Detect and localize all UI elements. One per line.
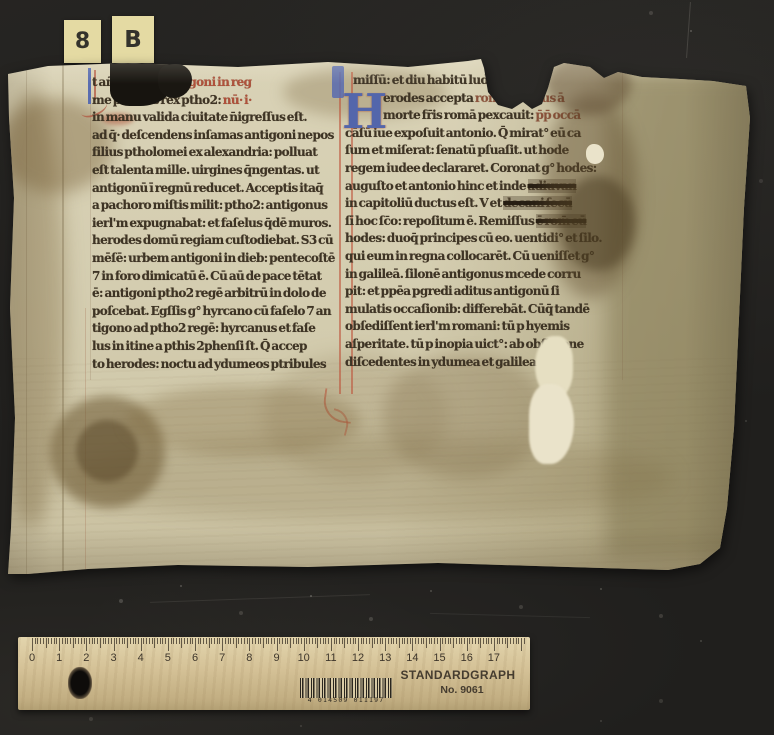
ruler-tick xyxy=(73,638,74,648)
ruler-number: 2 xyxy=(83,652,89,664)
ruler-tick xyxy=(135,638,136,644)
manuscript-text-segment: lus in itine a pthis 2phenſi ſt. Q̄ acce… xyxy=(92,339,307,353)
manuscript-text-segment: 7 in foro dimicatū ē. Cū aū de pace tēta… xyxy=(92,269,321,283)
manuscript-text-segment: morte fr̄is romā pexcauit: xyxy=(383,108,535,122)
ruler-tick xyxy=(271,638,272,644)
ruler-tick xyxy=(309,638,310,644)
ruler-tick xyxy=(418,638,419,644)
ruler-tick xyxy=(266,638,267,644)
manuscript-line: tigono ad ptho2 regē: hyrcanus et faſe xyxy=(92,320,338,338)
ruler-tick xyxy=(130,638,131,644)
ruler-tick xyxy=(100,638,101,648)
ruler-tick xyxy=(146,638,147,644)
manuscript-line: a pachoro miſtis milit: ptho2: antigonus xyxy=(92,197,338,215)
manuscript-text-segment: obſediſſent ierl'm romani: tū p hyemis xyxy=(345,319,569,333)
ruler-number: 4 xyxy=(138,652,144,664)
ruler-tick xyxy=(391,638,392,644)
ruler-tick xyxy=(361,638,362,644)
text-column-left: t añ antonio antigoni in regme ptho2is r… xyxy=(92,74,338,373)
manuscript-line: poſcebat. Egſſis g° hyrcano cū faſelo 7 … xyxy=(92,303,338,321)
ruler-tick xyxy=(475,638,476,644)
crease-line xyxy=(85,308,86,574)
ruler-tick xyxy=(124,638,125,644)
ruler-number: 13 xyxy=(379,652,391,664)
ruler-tick xyxy=(244,638,245,644)
manuscript-text-segment: antigonū ī regnū reducet. Acceptis itaq̄ xyxy=(92,181,323,195)
ruler-tick xyxy=(445,638,446,644)
ruler-tick xyxy=(369,638,370,644)
ruler-tick xyxy=(62,638,63,644)
ruler-tick xyxy=(483,638,484,644)
ruler-tick xyxy=(431,638,432,644)
manuscript-line: ad q̄· deſcendens inſamas antigoni nepos xyxy=(92,127,338,145)
ruler-tick xyxy=(65,638,66,644)
ruler-tick xyxy=(190,638,191,644)
manuscript-text-segment: mulatis occaſionib: differebāt. Cūq̄ tan… xyxy=(345,302,589,316)
ruler-tick xyxy=(494,638,495,651)
manuscript-text-segment: nū· i· xyxy=(223,93,252,107)
manuscript-text-segment: hodes: duoq̄ principes cū eo. uentidi° e… xyxy=(345,231,602,245)
ruler-number: 0 xyxy=(29,652,35,664)
manuscript-line: mulatis occaſionib: differebāt. Cūq̄ tan… xyxy=(345,301,629,319)
manuscript-text-segment: ē: antigoni ptho2 regē arbitrū in dolo d… xyxy=(92,286,326,300)
ruler-tick xyxy=(407,638,408,644)
ruler-tick xyxy=(518,638,519,644)
ruler-tick xyxy=(247,638,248,644)
repair-patch xyxy=(586,144,604,164)
ruler-number: 8 xyxy=(246,652,252,664)
ruler-tick xyxy=(111,638,112,644)
manuscript-text-segment: ſum et miſerat: ſenatū pſuaſit. ut hode xyxy=(345,143,569,157)
ruler-tick xyxy=(317,638,318,648)
ruler-tick xyxy=(296,638,297,644)
manuscript-line: to herodes: noctu ad ydumeos ptribules xyxy=(92,356,338,374)
ruler-tick xyxy=(157,638,158,644)
ruler-tick xyxy=(168,638,169,651)
manuscript-line: aſperitate. tū p inopia uict°: ab obſidi… xyxy=(345,336,629,354)
ruler-model: No. 9061 xyxy=(414,684,510,696)
ruler-tick xyxy=(103,638,104,644)
manuscript-text-segment: ē rom̄ eū xyxy=(536,214,587,228)
manuscript-line: eſt talenta mille. uirgines q̄ngentas. u… xyxy=(92,162,338,180)
ruler-tick xyxy=(410,638,411,644)
ruler-tick xyxy=(440,638,441,651)
manuscript-text-segment: tigono ad ptho2 regē: hyrcanus et faſe xyxy=(92,321,315,335)
ruler-tick xyxy=(192,638,193,644)
ruler-tick xyxy=(469,638,470,644)
manuscript-text-segment: adiuvan xyxy=(528,179,577,193)
scratch-mark xyxy=(150,594,370,603)
ruler-tick xyxy=(54,638,55,644)
shelfmark-label-8-text: 8 xyxy=(75,29,90,54)
manuscript-text-segment: p̄p̄ occā xyxy=(535,108,580,122)
ruler-tick xyxy=(423,638,424,644)
ruler-number: 10 xyxy=(298,652,310,664)
ruler-tick xyxy=(225,638,226,644)
ruler-tick xyxy=(334,638,335,644)
ruler-tick xyxy=(402,638,403,644)
ruler-tick xyxy=(282,638,283,644)
ruler-tick xyxy=(328,638,329,644)
ruler-tick xyxy=(217,638,218,644)
parchment-wrinkles xyxy=(8,358,752,574)
decorated-initial: H xyxy=(342,86,387,138)
ruler-tick xyxy=(464,638,465,644)
manuscript-line: filius ptholomei ex alexandria: polluat xyxy=(92,144,338,162)
manuscript-line: mēſē: urbem antigoni in dieb: pentecoſtē xyxy=(92,250,338,268)
text-column-right: miſſū: et diu habitū ludibrio. q̄ḡerodes… xyxy=(345,72,629,371)
manuscript-line: antigonū ī regnū reducet. Acceptis itaq̄ xyxy=(92,180,338,198)
ruler-tick xyxy=(442,638,443,644)
ruler-tick xyxy=(203,638,204,644)
ruler-tick xyxy=(114,638,115,651)
ruler-tick xyxy=(298,638,299,644)
ruler-tick xyxy=(75,638,76,644)
ruler-hole xyxy=(68,667,92,699)
manuscript-text-segment: eſt talenta mille. uirgines q̄ngentas. u… xyxy=(92,163,319,177)
ruler-tick xyxy=(429,638,430,644)
ruler-tick xyxy=(211,638,212,644)
manuscript-line: pit: et ppēa pgredi aditus antigonū ſi xyxy=(345,283,629,301)
ruler-tick xyxy=(181,638,182,648)
ruler-tick xyxy=(339,638,340,644)
ruler-tick xyxy=(209,638,210,648)
manuscript-line: 7 in foro dimicatū ē. Cū aū de pace tēta… xyxy=(92,268,338,286)
ruler-number: 14 xyxy=(406,652,418,664)
ruler-tick xyxy=(152,638,153,644)
ruler-number: 16 xyxy=(461,652,473,664)
ruler-tick xyxy=(89,638,90,644)
ruler-tick xyxy=(412,638,413,651)
ruler-tick xyxy=(274,638,275,644)
ruler-number: 9 xyxy=(273,652,279,664)
ruler-tick xyxy=(236,638,237,648)
ruler-tick xyxy=(238,638,239,644)
ruler-tick xyxy=(380,638,381,644)
ruler-tick xyxy=(233,638,234,644)
ruler-tick xyxy=(467,638,468,651)
ruler-tick xyxy=(320,638,321,644)
ruler-tick xyxy=(32,638,33,651)
ruler-tick xyxy=(260,638,261,644)
ruler-tick xyxy=(138,638,139,644)
ruler-tick xyxy=(488,638,489,644)
manuscript-text-segment: romā occaſus ā xyxy=(475,91,565,105)
ruler-tick xyxy=(437,638,438,644)
ruler-tick xyxy=(486,638,487,644)
manuscript-line: lus in itine a pthis 2phenſi ſt. Q̄ acce… xyxy=(92,338,338,356)
ruler-tick xyxy=(162,638,163,644)
ruler-tick xyxy=(374,638,375,644)
shelfmark-label-b-text: B xyxy=(124,27,142,53)
ruler-tick xyxy=(84,638,85,644)
manuscript-text-segment: ad q̄· deſcendens inſamas antigoni nepos xyxy=(92,128,334,142)
ruler-tick xyxy=(108,638,109,644)
ruler-tick xyxy=(421,638,422,644)
ruler-tick xyxy=(388,638,389,644)
ruler-tick xyxy=(285,638,286,644)
ruler-tick xyxy=(448,638,449,644)
scratch-mark xyxy=(686,2,691,58)
ruler-tick xyxy=(453,638,454,648)
ruler-tick xyxy=(344,638,345,648)
ruler-tick xyxy=(461,638,462,644)
ruler-tick xyxy=(154,638,155,648)
ruler-number: 6 xyxy=(192,652,198,664)
ruler-tick xyxy=(516,638,517,644)
ruler-tick xyxy=(35,638,36,644)
manuscript-fragment: t añ antonio antigoni in regme ptho2is r… xyxy=(8,58,752,574)
manuscript-line: in manu valida ciuitate n̄igreſſus eſt. xyxy=(92,109,338,127)
ruler-tick xyxy=(198,638,199,644)
manuscript-text-segment: erodes accepta xyxy=(383,91,475,105)
crease-line xyxy=(62,58,64,574)
ruler-tick xyxy=(505,638,506,644)
manuscript-text-segment: a pachoro miſtis milit: ptho2: antigonus xyxy=(92,198,327,212)
ruler-tick xyxy=(434,638,435,644)
ruler-tick xyxy=(171,638,172,644)
ruler-number: 15 xyxy=(433,652,445,664)
ruler-number: 5 xyxy=(165,652,171,664)
ruler-tick xyxy=(255,638,256,644)
ruler-tick xyxy=(382,638,383,644)
manuscript-text-segment: mēſē: urbem antigoni in dieb: pentecoſtē xyxy=(92,251,335,265)
ruler-tick xyxy=(304,638,305,651)
ruler-tick xyxy=(497,638,498,644)
ruler-tick xyxy=(372,638,373,648)
manuscript-line: miſſū: et diu habitū ludibrio. q̄ḡ xyxy=(345,72,629,90)
manuscript-text-segment: poſcebat. Egſſis g° hyrcano cū faſelo 7 … xyxy=(92,304,331,318)
ruler-tick xyxy=(350,638,351,644)
ruler-tick xyxy=(363,638,364,644)
ruler-tick xyxy=(184,638,185,644)
manuscript-text-segment: in manu valida ciuitate n̄igreſſus eſt. xyxy=(92,110,307,124)
manuscript-text-segment: herodes domū regiam cuſtodiebat. S3 cū xyxy=(92,233,333,247)
manuscript-text-segment: pit: et ppēa pgredi aditus antigonū ſi xyxy=(345,284,559,298)
ruler-tick xyxy=(472,638,473,644)
ruler-tick xyxy=(415,638,416,644)
ruler-tick xyxy=(499,638,500,644)
manuscript-text-segment: in capitoliū ductus eſt. V et xyxy=(345,196,503,210)
manuscript-line: ē: antigoni ptho2 regē arbitrū in dolo d… xyxy=(92,285,338,303)
ruler-tick xyxy=(78,638,79,644)
dust-speckles xyxy=(0,0,2,2)
manuscript-line: auguſto et antonio hinc et inde adiuvan xyxy=(345,178,629,196)
ruler-tick xyxy=(513,638,514,644)
marginal-penwork-blue xyxy=(88,68,91,104)
manuscript-text-segment: ſī hoc ſc̄o: repoſitum ē. Remiſſus xyxy=(345,214,536,228)
ruler-tick xyxy=(105,638,106,644)
shelfmark-label-b: B xyxy=(112,16,154,63)
ruler-tick xyxy=(347,638,348,644)
ruler-tick xyxy=(116,638,117,644)
ruler-tick xyxy=(521,638,522,651)
ruler-tick xyxy=(315,638,316,644)
ruler-tick xyxy=(176,638,177,644)
manuscript-text-segment: regem iudee declararet. Coronat g° hodes… xyxy=(345,161,597,175)
ruler-tick xyxy=(195,638,196,651)
manuscript-text-segment: diſcedentes in ydumea et galilea xyxy=(345,355,538,369)
ruler-tick xyxy=(456,638,457,644)
manuscript-text-segment: decani ſecū xyxy=(503,196,572,210)
manuscript-text-segment: auguſto et antonio hinc et inde xyxy=(345,179,528,193)
barcode-digits: 4 014509 011197 xyxy=(298,696,394,704)
ruler-tick xyxy=(200,638,201,644)
ruler: 01234567891011121314151617 4 014509 0111… xyxy=(18,637,530,710)
ruler-tick xyxy=(143,638,144,644)
ruler-tick xyxy=(268,638,269,644)
ruler-tick xyxy=(160,638,161,644)
ruler-tick xyxy=(81,638,82,644)
ruler-tick xyxy=(94,638,95,644)
ruler-tick xyxy=(510,638,511,644)
ruler-tick xyxy=(385,638,386,651)
ruler-tick xyxy=(399,638,400,648)
ruler-tick xyxy=(56,638,57,644)
ruler-brand: STANDARDGRAPH xyxy=(400,668,516,682)
ruler-tick xyxy=(43,638,44,644)
ruler-tick xyxy=(426,638,427,648)
ruler-tick xyxy=(325,638,326,644)
barcode xyxy=(300,678,392,698)
ruler-tick xyxy=(290,638,291,648)
ruler-tick xyxy=(149,638,150,644)
manuscript-line: diſcedentes in ydumea et galilea uia xyxy=(345,354,629,372)
manuscript-text-segment: filius ptholomei ex alexandria: polluat xyxy=(92,145,317,159)
manuscript-line: erodes accepta romā occaſus ā xyxy=(345,90,629,108)
manuscript-line: herodes domū regiam cuſtodiebat. S3 cū xyxy=(92,232,338,250)
ruler-tick xyxy=(119,638,120,644)
ruler-tick xyxy=(67,638,68,644)
ruler-tick xyxy=(312,638,313,644)
ruler-tick xyxy=(478,638,479,644)
ruler-tick xyxy=(377,638,378,644)
ruler-tick xyxy=(287,638,288,644)
ruler-tick xyxy=(355,638,356,644)
ruler-tick xyxy=(179,638,180,644)
manuscript-line: hodes: duoq̄ principes cū eo. uentidi° e… xyxy=(345,230,629,248)
ruler-tick xyxy=(279,638,280,644)
ruler-tick xyxy=(230,638,231,644)
ruler-tick xyxy=(331,638,332,651)
ruler-tick xyxy=(37,638,38,644)
scratch-mark xyxy=(430,613,590,618)
red-ruling-line xyxy=(339,72,341,394)
ruler-tick xyxy=(366,638,367,644)
ruler-tick xyxy=(127,638,128,648)
ruler-number: 11 xyxy=(325,652,336,664)
manuscript-text-segment: q̄ḡ xyxy=(522,73,538,87)
ruler-number: 7 xyxy=(219,652,225,664)
ruler-tick xyxy=(59,638,60,651)
ruler-tick xyxy=(187,638,188,644)
ruler-tick xyxy=(404,638,405,644)
ruler-tick xyxy=(133,638,134,644)
ruler-tick xyxy=(241,638,242,644)
ruler-tick xyxy=(51,638,52,644)
ruler-tick xyxy=(70,638,71,644)
ruler-tick xyxy=(258,638,259,644)
parchment: t añ antonio antigoni in regme ptho2is r… xyxy=(8,58,752,574)
ruler-tick xyxy=(249,638,250,651)
ruler-tick xyxy=(323,638,324,644)
manuscript-text-segment: qui eum in regna collocarēt. Cū ueniſſet… xyxy=(345,249,594,263)
manuscript-line: cāſū iue expoſuit antonio. Q̄ mirat° eū … xyxy=(345,125,629,143)
ruler-tick xyxy=(141,638,142,651)
shelfmark-label-8: 8 xyxy=(64,20,101,63)
ruler-tick xyxy=(450,638,451,644)
ruler-tick xyxy=(293,638,294,644)
manuscript-line: ſī hoc ſc̄o: repoſitum ē. Remiſſus ē rom… xyxy=(345,213,629,231)
manuscript-text-segment: ierl'm expugnabat: et faſelus q̄dē muros… xyxy=(92,216,331,230)
ruler-tick xyxy=(277,638,278,651)
ruler-tick xyxy=(301,638,302,644)
crease-line xyxy=(26,58,27,574)
ruler-tick xyxy=(173,638,174,644)
ruler-tick xyxy=(524,638,525,644)
ruler-tick xyxy=(353,638,354,644)
ruler-tick xyxy=(86,638,87,651)
ruler-tick xyxy=(336,638,337,644)
ruler-tick xyxy=(342,638,343,644)
manuscript-line: in capitoliū ductus eſt. V et decani ſec… xyxy=(345,195,629,213)
ruler-tick xyxy=(306,638,307,644)
ruler-tick xyxy=(214,638,215,644)
manuscript-text-segment: in galileā. ſilonē antigonus mcede corru xyxy=(345,267,581,281)
ruler-tick xyxy=(46,638,47,648)
ruler-tick xyxy=(228,638,229,644)
ruler-tick xyxy=(222,638,223,651)
ruler-tick xyxy=(459,638,460,644)
ruler-tick xyxy=(502,638,503,644)
ruler-tick xyxy=(252,638,253,644)
photo-stage: 8 B xyxy=(0,0,774,735)
manuscript-text-segment: to herodes: noctu ad ydumeos ptribules xyxy=(92,357,326,371)
ruler-tick xyxy=(491,638,492,644)
ruler-tick xyxy=(92,638,93,644)
ruler-tick xyxy=(48,638,49,644)
ruler-number: 1 xyxy=(56,652,62,664)
ruler-number: 17 xyxy=(488,652,500,664)
ruler-tick xyxy=(40,638,41,644)
ruler-tick xyxy=(219,638,220,644)
ruler-tick xyxy=(97,638,98,644)
manuscript-line: qui eum in regna collocarēt. Cū ueniſſet… xyxy=(345,248,629,266)
manuscript-line: in galileā. ſilonē antigonus mcede corru xyxy=(345,266,629,284)
manuscript-line: obſediſſent ierl'm romani: tū p hyemis xyxy=(345,318,629,336)
ruler-number: 12 xyxy=(352,652,364,664)
manuscript-line: morte fr̄is romā pexcauit: p̄p̄ occā xyxy=(345,107,629,125)
manuscript-line: ierl'm expugnabat: et faſelus q̄dē muros… xyxy=(92,215,338,233)
ruler-tick xyxy=(480,638,481,648)
ruler-tick xyxy=(393,638,394,644)
ruler-tick xyxy=(358,638,359,651)
manuscript-line: regem iudee declararet. Coronat g° hodes… xyxy=(345,160,629,178)
ruler-tick xyxy=(396,638,397,644)
ruler-tick xyxy=(263,638,264,648)
ruler-tick xyxy=(507,638,508,648)
ruler-tick xyxy=(165,638,166,644)
ruling-line xyxy=(90,72,91,380)
ruler-tick xyxy=(206,638,207,644)
ruler-tick xyxy=(122,638,123,644)
ruler-number: 3 xyxy=(110,652,116,664)
